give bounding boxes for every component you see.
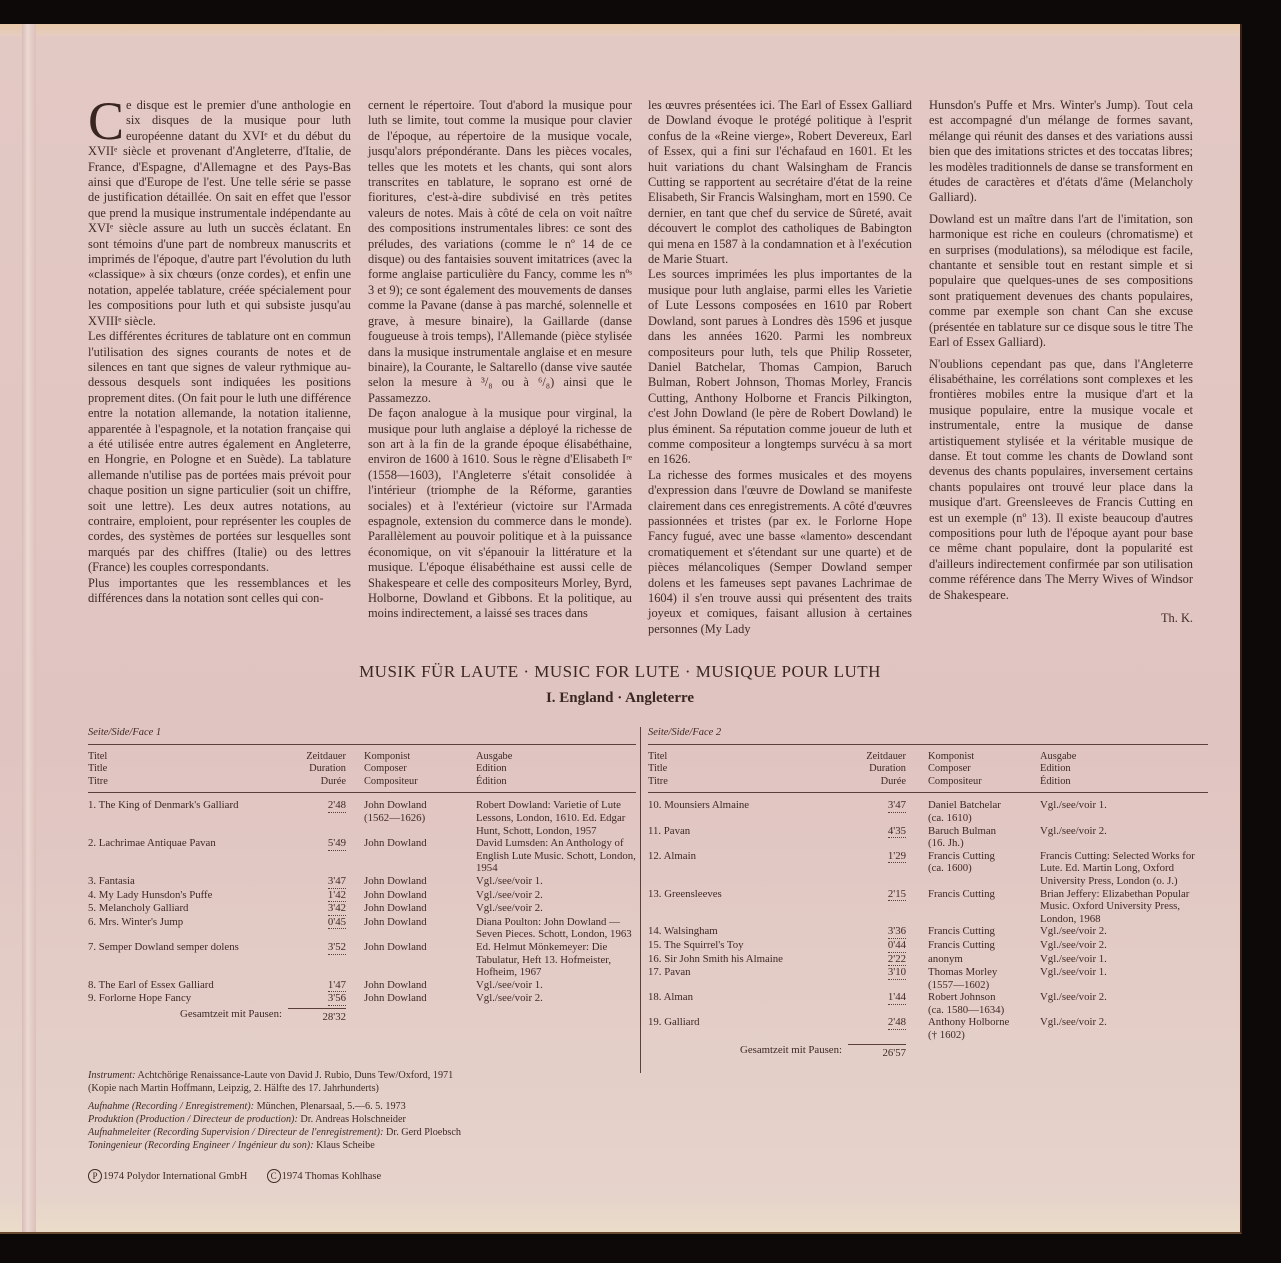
track-composer: Thomas Morley (1557—1602)	[928, 966, 1040, 991]
track-edition: Vgl./see/voir 2.	[1040, 825, 1208, 850]
track-row: 5. Melancholy Galliard3'42John DowlandVg…	[88, 902, 636, 916]
recording-credit: Aufnahme (Recording / Enregistrement): M…	[88, 1100, 628, 1113]
track-composer: Daniel Batchelar (ca. 1610)	[928, 799, 1040, 824]
track-duration: 3'36	[863, 925, 906, 939]
track-rows: 10. Mounsiers Almaine3'47Daniel Batchela…	[648, 793, 1208, 1041]
track-edition: Vgl./see/voir 1.	[1040, 953, 1208, 967]
supervision-credit: Aufnahmeleiter (Recording Supervision / …	[88, 1126, 628, 1139]
track-edition: Vgl./see/voir 1.	[1040, 966, 1208, 991]
track-edition: Vgl./see/voir 2.	[1040, 939, 1208, 953]
instrument-note: (Kopie nach Martin Hoffmann, Leipzig, 2.…	[88, 1082, 628, 1095]
track-title: 14. Walsingham	[648, 925, 848, 939]
track-title: 11. Pavan	[648, 825, 848, 850]
header-title: TitelTitleTitre	[88, 751, 288, 789]
tracklist-header: TitelTitleTitre ZeitdauerDurationDurée K…	[648, 745, 1208, 794]
author-signature: Th. K.	[929, 611, 1193, 626]
track-edition: Francis Cutting: Selected Works for Lute…	[1040, 850, 1208, 888]
track-duration: 0'45	[303, 916, 346, 941]
header-duration: ZeitdauerDurationDurée	[863, 751, 906, 789]
track-title: 8. The Earl of Essex Galliard	[88, 979, 288, 993]
track-duration: 3'10	[863, 966, 906, 991]
track-composer: John Dowland	[364, 889, 476, 903]
track-title: 5. Melancholy Galliard	[88, 902, 288, 916]
track-row: 3. Fantasia3'47John DowlandVgl./see/voir…	[88, 875, 636, 889]
track-edition: Diana Poulton: John Dowland — Seven Piec…	[476, 916, 636, 941]
header-edition: AusgabeEditionÉdition	[1040, 751, 1208, 789]
copyright-icon: C	[267, 1169, 281, 1183]
track-title: 12. Almain	[648, 850, 848, 888]
track-edition: Brian Jeffery: Elizabethan Popular Music…	[1040, 888, 1208, 926]
notes-paragraph: La richesse des formes musicales et des …	[648, 468, 912, 637]
track-duration: 3'47	[303, 875, 346, 889]
liner-notes-sheet: Ce disque est le premier d'une anthologi…	[0, 24, 1242, 1234]
track-edition: David Lumsden: An Anthology of English L…	[476, 837, 636, 875]
track-edition: Vgl./see/voir 2.	[476, 889, 636, 903]
track-row: 7. Semper Dowland semper dolens3'52John …	[88, 941, 636, 979]
copyright-line: P1974 Polydor International GmbH C1974 T…	[88, 1169, 381, 1183]
track-edition: Vgl./see/voir 2.	[1040, 1016, 1208, 1041]
track-composer: Francis Cutting	[928, 888, 1040, 926]
track-title: 4. My Lady Hunsdon's Puffe	[88, 889, 288, 903]
track-row: 17. Pavan3'10Thomas Morley (1557—1602)Vg…	[648, 966, 1208, 991]
track-row: 16. Sir John Smith his Almaine2'22anonym…	[648, 953, 1208, 967]
track-composer: John Dowland	[364, 902, 476, 916]
drop-cap: C	[88, 100, 124, 142]
track-row: 6. Mrs. Winter's Jump0'45John DowlandDia…	[88, 916, 636, 941]
total-time-value: 28'32	[288, 1008, 346, 1024]
recording-credits: Instrument: Achtchörige Renaissance-Laut…	[88, 1069, 628, 1152]
track-title: 17. Pavan	[648, 966, 848, 991]
track-composer: Baruch Bulman (16. Jh.)	[928, 825, 1040, 850]
track-duration: 3'42	[303, 902, 346, 916]
phonogram-icon: P	[88, 1169, 102, 1183]
track-title: 7. Semper Dowland semper dolens	[88, 941, 288, 979]
track-title: 1. The King of Denmark's Galliard	[88, 799, 288, 837]
notes-paragraph: Les sources imprimées les plus important…	[648, 267, 912, 467]
sides-divider	[640, 727, 641, 1073]
track-duration: 2'48	[863, 1016, 906, 1041]
track-edition: Vgl./see/voir 2.	[1040, 991, 1208, 1016]
side-label: Seite/Side/Face 1	[88, 727, 636, 745]
track-title: 19. Galliard	[648, 1016, 848, 1041]
track-row: 13. Greensleeves2'15Francis CuttingBrian…	[648, 888, 1208, 926]
tracklist-side-2: Seite/Side/Face 2 TitelTitleTitre Zeitda…	[648, 727, 1208, 1059]
tracklist-header: TitelTitleTitre ZeitdauerDurationDurée K…	[88, 745, 636, 794]
track-row: 11. Pavan4'35Baruch Bulman (16. Jh.)Vgl.…	[648, 825, 1208, 850]
track-duration: 1'44	[863, 991, 906, 1016]
track-edition: Ed. Helmut Mönkemeyer: Die Tabulatur, He…	[476, 941, 636, 979]
track-edition: Vgl./see/voir 1.	[476, 979, 636, 993]
track-composer: John Dowland (1562—1626)	[364, 799, 476, 837]
notes-paragraph: les œuvres présentées ici. The Earl of E…	[648, 98, 912, 267]
header-duration: ZeitdauerDurationDurée	[303, 751, 346, 789]
engineer-credit: Toningenieur (Recording Engineer / Ingén…	[88, 1139, 628, 1152]
track-edition: Vgl./see/voir 2.	[476, 992, 636, 1006]
track-title: 3. Fantasia	[88, 875, 288, 889]
track-row: 12. Almain1'29Francis Cutting (ca. 1600)…	[648, 850, 1208, 888]
track-composer: Anthony Holborne († 1602)	[928, 1016, 1040, 1041]
track-row: 9. Forlorne Hope Fancy3'56John DowlandVg…	[88, 992, 636, 1006]
track-composer: John Dowland	[364, 875, 476, 889]
side-label: Seite/Side/Face 2	[648, 727, 1208, 745]
track-composer: John Dowland	[364, 979, 476, 993]
album-title: MUSIK FÜR LAUTE · MUSIC FOR LUTE · MUSIQ…	[0, 662, 1240, 682]
track-composer: Robert Johnson (ca. 1580—1634)	[928, 991, 1040, 1016]
track-composer: John Dowland	[364, 916, 476, 941]
track-row: 15. The Squirrel's Toy0'44Francis Cuttin…	[648, 939, 1208, 953]
track-duration: 2'15	[863, 888, 906, 926]
track-title: 9. Forlorne Hope Fancy	[88, 992, 288, 1006]
track-row: 14. Walsingham3'36Francis CuttingVgl./se…	[648, 925, 1208, 939]
notes-column-3: les œuvres présentées ici. The Earl of E…	[648, 98, 912, 637]
track-composer: Francis Cutting (ca. 1600)	[928, 850, 1040, 888]
track-duration: 2'48	[303, 799, 346, 837]
notes-paragraph: cernent le répertoire. Tout d'abord la m…	[368, 98, 632, 406]
track-composer: John Dowland	[364, 992, 476, 1006]
notes-paragraph: N'oublions cependant pas que, dans l'Ang…	[929, 357, 1193, 604]
track-composer: John Dowland	[364, 941, 476, 979]
tracklist-side-1: Seite/Side/Face 1 TitelTitleTitre Zeitda…	[88, 727, 636, 1023]
track-duration: 2'22	[863, 953, 906, 967]
fold-line	[22, 24, 36, 1232]
total-time-value: 26'57	[848, 1044, 906, 1060]
notes-paragraph: Les différentes écritures de tablature o…	[88, 329, 351, 576]
track-row: 10. Mounsiers Almaine3'47Daniel Batchela…	[648, 799, 1208, 824]
track-title: 15. The Squirrel's Toy	[648, 939, 848, 953]
track-duration: 3'47	[863, 799, 906, 824]
notes-paragraph: Dowland est un maître dans l'art de l'im…	[929, 212, 1193, 351]
track-edition: Vgl./see/voir 1.	[476, 875, 636, 889]
track-duration: 5'49	[303, 837, 346, 875]
track-duration: 3'52	[303, 941, 346, 979]
track-row: 19. Galliard2'48Anthony Holborne († 1602…	[648, 1016, 1208, 1041]
track-duration: 1'42	[303, 889, 346, 903]
track-edition: Vgl./see/voir 1.	[1040, 799, 1208, 824]
notes-paragraph: Plus importantes que les ressemblances e…	[88, 576, 351, 607]
track-title: 6. Mrs. Winter's Jump	[88, 916, 288, 941]
track-row: 1. The King of Denmark's Galliard2'48Joh…	[88, 799, 636, 837]
notes-column-2: cernent le répertoire. Tout d'abord la m…	[368, 98, 632, 622]
track-row: 2. Lachrimae Antiquae Pavan5'49John Dowl…	[88, 837, 636, 875]
track-duration: 4'35	[863, 825, 906, 850]
track-row: 8. The Earl of Essex Galliard1'47John Do…	[88, 979, 636, 993]
header-title: TitelTitleTitre	[648, 751, 848, 789]
total-time: Gesamtzeit mit Pausen: 28'32	[88, 1008, 636, 1024]
track-edition: Vgl./see/voir 2.	[1040, 925, 1208, 939]
total-time: Gesamtzeit mit Pausen: 26'57	[648, 1044, 1208, 1060]
track-composer: anonym	[928, 953, 1040, 967]
track-edition: Robert Dowland: Varietie of Lute Lessons…	[476, 799, 636, 837]
track-row: 18. Alman1'44Robert Johnson (ca. 1580—16…	[648, 991, 1208, 1016]
track-row: 4. My Lady Hunsdon's Puffe1'42John Dowla…	[88, 889, 636, 903]
header-edition: AusgabeEditionÉdition	[476, 751, 636, 789]
track-composer: John Dowland	[364, 837, 476, 875]
header-composer: KomponistComposerCompositeur	[364, 751, 476, 789]
notes-column-1: Ce disque est le premier d'une anthologi…	[88, 98, 351, 606]
track-title: 10. Mounsiers Almaine	[648, 799, 848, 824]
track-composer: Francis Cutting	[928, 939, 1040, 953]
track-composer: Francis Cutting	[928, 925, 1040, 939]
track-duration: 1'47	[303, 979, 346, 993]
notes-paragraph: Hunsdon's Puffe et Mrs. Winter's Jump). …	[929, 98, 1193, 206]
production-credit: Produktion (Production / Directeur de pr…	[88, 1113, 628, 1126]
track-title: 18. Alman	[648, 991, 848, 1016]
notes-paragraph: De façon analogue à la musique pour virg…	[368, 406, 632, 622]
track-edition: Vgl./see/voir 2.	[476, 902, 636, 916]
notes-column-4: Hunsdon's Puffe et Mrs. Winter's Jump). …	[929, 98, 1193, 626]
album-subtitle: I. England · Angleterre	[0, 690, 1240, 707]
track-rows: 1. The King of Denmark's Galliard2'48Joh…	[88, 793, 636, 1006]
notes-paragraph: Ce disque est le premier d'une anthologi…	[88, 98, 351, 329]
paper-top-edge	[0, 24, 1240, 36]
track-duration: 0'44	[863, 939, 906, 953]
track-title: 13. Greensleeves	[648, 888, 848, 926]
track-title: 16. Sir John Smith his Almaine	[648, 953, 848, 967]
track-duration: 1'29	[863, 850, 906, 888]
track-duration: 3'56	[303, 992, 346, 1006]
instrument-credit: Instrument: Achtchörige Renaissance-Laut…	[88, 1069, 628, 1082]
header-composer: KomponistComposerCompositeur	[928, 751, 1040, 789]
track-title: 2. Lachrimae Antiquae Pavan	[88, 837, 288, 875]
